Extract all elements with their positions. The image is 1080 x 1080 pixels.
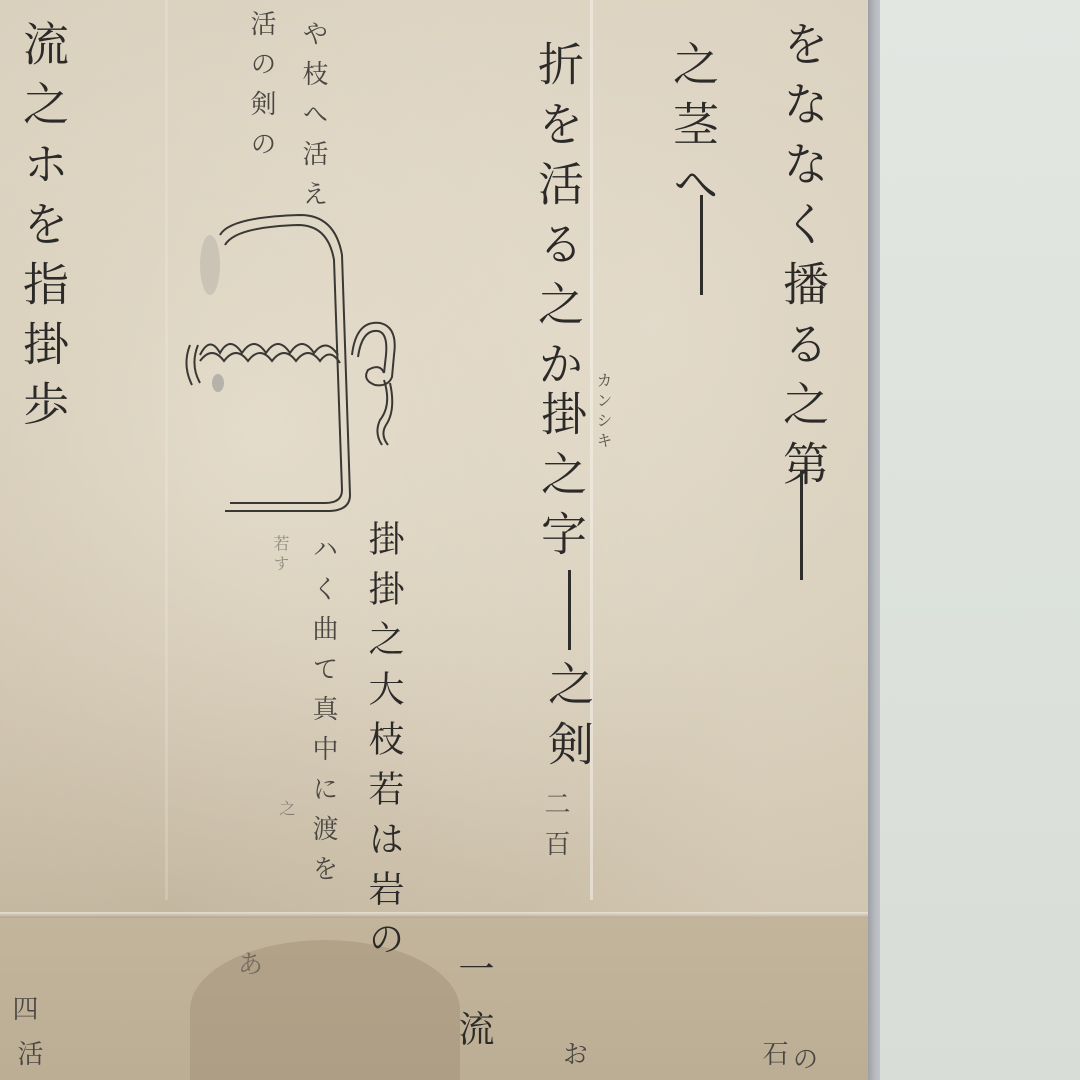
text-column-right-3-note: 二百 (542, 790, 568, 870)
text-column-far-right: をななく播る之第 (780, 20, 826, 500)
text-column-left: 流之ホを指掛歩 (20, 20, 66, 440)
lower-mark: 石 (760, 1040, 786, 1080)
water-stain (190, 940, 460, 1080)
continuation-line (800, 470, 803, 580)
lower-mark: 四 (10, 995, 36, 1035)
text-column-center-b: ハく曲て真中に渡を (310, 535, 336, 895)
paper-crease (165, 0, 168, 900)
continuation-line (568, 570, 571, 650)
text-column-center-a: 掛掛之大枝若は岩の (365, 520, 401, 970)
text-column-faint: 若す (272, 535, 288, 575)
lower-mark: 活 (15, 1040, 41, 1080)
text-column-drawing-top-b: 活の剣の (248, 10, 274, 170)
text-column-right-1: 之茎へ (670, 40, 716, 220)
vessel-diagram-icon (170, 205, 410, 525)
lower-mark: あ (235, 950, 261, 990)
lower-mark: 流 (455, 1010, 491, 1060)
lower-mark: お (560, 1040, 586, 1080)
continuation-line (700, 195, 703, 295)
text-column-right-2: 折を活る之か (535, 40, 581, 400)
lower-mark: の (790, 1045, 816, 1080)
frame-mat (880, 0, 1080, 1080)
furigana-annotation: カンシキ (595, 372, 611, 452)
lower-mark: 一 (455, 950, 491, 1000)
text-column-right-2-lower: 掛之字 (538, 390, 584, 570)
text-column-faint-low: 之 (278, 800, 294, 820)
text-column-right-3: 之剣 (545, 660, 591, 780)
horizontal-fold (0, 912, 870, 918)
text-column-drawing-top-a: や枝へ活え (300, 20, 326, 220)
